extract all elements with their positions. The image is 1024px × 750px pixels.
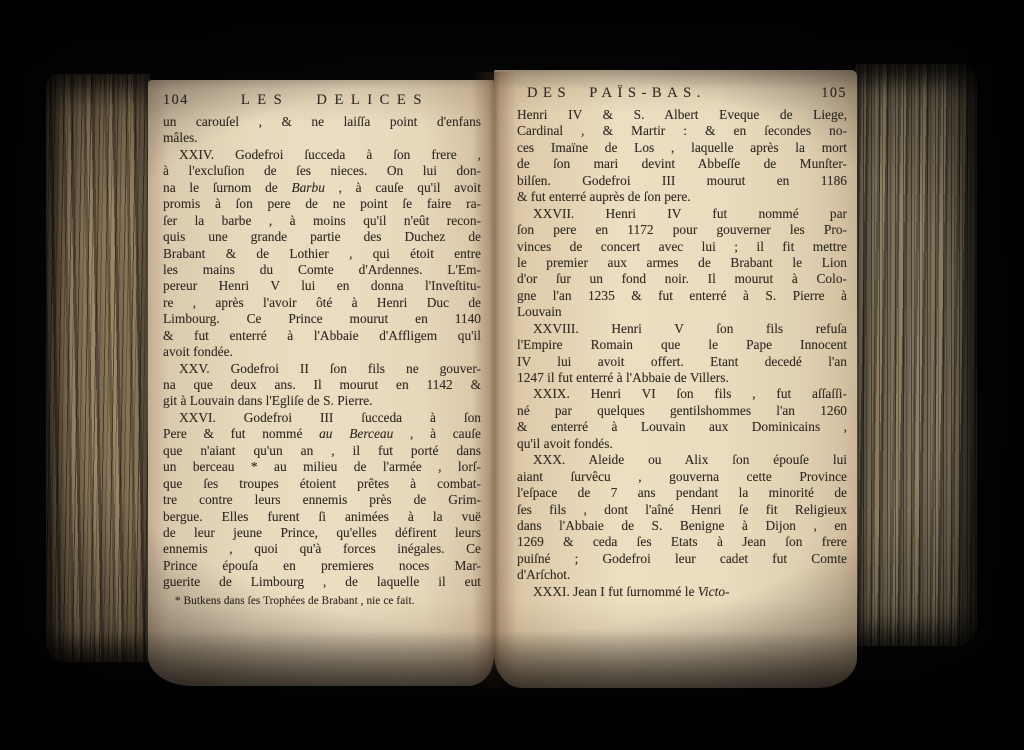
text-line: l'Empire Romain que le Pape Innocent: [517, 337, 847, 353]
text-line: aiant ſurvêcu , gouverna cette Province: [517, 469, 847, 485]
text-line: quis une grande partie des Duchez de: [163, 229, 481, 245]
text-line: XXVI. Godefroi III ſucceda à ſon: [163, 410, 481, 426]
left-text-block: un carouſel , & ne laiſſa point d'enfans…: [163, 114, 481, 591]
text-line: de leur jeune Prince, qu'elles défirent …: [163, 525, 481, 541]
text-line: Henri IV & S. Albert Eveque de Liege,: [517, 107, 847, 123]
fore-edge-left: [46, 74, 150, 662]
text-line: ennemis , quoi qu'à forces inégales. Ce: [163, 541, 481, 557]
text-line: promis à ſon pere de ne point ſe faire r…: [163, 196, 481, 212]
text-line: que n'aiant qu'un an , il fut porté dans: [163, 443, 481, 459]
text-line: XXVIII. Henri V ſon fils refuſa: [517, 321, 847, 337]
text-line: guerite de Limbourg , de laquelle il eut: [163, 574, 481, 590]
text-line: de ſon mari devint Abbeſſe de Munſter-: [517, 156, 847, 172]
fore-edge-right: [855, 64, 977, 646]
text-line: avoit fondée.: [163, 344, 481, 360]
left-page-number: 104: [163, 92, 189, 109]
text-line: Pere & fut nommé au Berceau , à cauſe: [163, 426, 481, 442]
right-page-text: DES PAÏS-BAS. 105 Henri IV & S. Albert E…: [517, 85, 847, 600]
text-line: né par quelques gentilshommes l'an 1260: [517, 403, 847, 419]
text-line: bergue. Elles furent ſi animées à la vuë: [163, 509, 481, 525]
text-line: ſon pere en 1172 pour gouverner les Pro-: [517, 222, 847, 238]
text-line: gne l'an 1235 & fut enterré à S. Pierre …: [517, 288, 847, 304]
left-footnote: * Butkens dans ſes Trophées de Brabant ,…: [163, 595, 481, 607]
text-line: XXXI. Jean I fut ſurnommé le Victo-: [517, 584, 847, 600]
text-line: puiſné ; Godefroi leur cadet fut Comte: [517, 551, 847, 567]
right-running-header: DES PAÏS-BAS. 105: [517, 85, 847, 105]
text-line: d'Arſchot.: [517, 567, 847, 583]
text-line: na que deux ans. Il mourut en 1142 &: [163, 377, 481, 393]
text-line: bilſen. Godefroi III mourut en 1186: [517, 173, 847, 189]
text-line: l'eſpace de 7 ans pendant la minorité de: [517, 485, 847, 501]
text-line: 1269 & ceda ſes Etats à Jean ſon frere: [517, 534, 847, 550]
text-line: & enterré à Louvain aux Dominicains ,: [517, 419, 847, 435]
left-running-header: 104 LES DELICES: [163, 92, 481, 112]
text-line: git à Louvain dans l'Egliſe de S. Pierre…: [163, 393, 481, 409]
text-line: XXIV. Godefroi ſucceda à ſon frere ,: [163, 147, 481, 163]
text-line: pereur Henri V lui en donna l'Inveſtitu-: [163, 278, 481, 294]
text-line: les mains du Comte d'Ardennes. L'Em-: [163, 262, 481, 278]
text-line: Limbourg. Ce Prince mourut en 1140: [163, 311, 481, 327]
text-line: na le ſurnom de Barbu , à cauſe qu'il av…: [163, 180, 481, 196]
right-text-block: Henri IV & S. Albert Eveque de Liege,Car…: [517, 107, 847, 600]
text-line: Brabant & de Lothier , qui étoit entre: [163, 246, 481, 262]
text-line: ces Imaïne de Los , laquelle après la mo…: [517, 140, 847, 156]
text-line: tre contre leurs ennemis près de Grim-: [163, 492, 481, 508]
text-line: re , après l'avoir ôté à Henri Duc de: [163, 295, 481, 311]
right-page-number: 105: [821, 85, 847, 102]
text-line: d'or ſur un fond noir. Il mourut à Colo-: [517, 271, 847, 287]
text-line: XXIX. Henri VI ſon fils , fut aſſaſſi-: [517, 386, 847, 402]
right-running-title: DES PAÏS-BAS.: [517, 85, 821, 102]
text-line: que ſes troupes étoient prêtes à combat-: [163, 476, 481, 492]
text-line: & fut enterré auprès de ſon pere.: [517, 189, 847, 205]
text-line: qu'il avoit fondés.: [517, 436, 847, 452]
text-line: & fut enterré à l'Abbaie d'Affligem qu'i…: [163, 328, 481, 344]
text-line: ſer la barbe , à moins qu'il n'eût recon…: [163, 213, 481, 229]
text-line: un carouſel , & ne laiſſa point d'enfans: [163, 114, 481, 130]
text-line: XXV. Godefroi II ſon fils ne gouver-: [163, 361, 481, 377]
text-line: Louvain: [517, 304, 847, 320]
text-line: IV lui avoit offert. Etant decedé l'an: [517, 354, 847, 370]
book-photograph: 104 LES DELICES un carouſel , & ne laiſſ…: [0, 0, 1024, 750]
text-line: à l'excluſion de ſes nieces. On lui don-: [163, 163, 481, 179]
left-running-title: LES DELICES: [189, 92, 481, 109]
text-line: Prince épouſa en premieres noces Mar-: [163, 558, 481, 574]
text-line: 1247 il fut enterré à l'Abbaie de Viller…: [517, 370, 847, 386]
text-line: XXVII. Henri IV fut nommé par: [517, 206, 847, 222]
text-line: mâles.: [163, 130, 481, 146]
text-line: XXX. Aleide ou Alix ſon épouſe lui: [517, 452, 847, 468]
text-line: Cardinal , & Martir : & en ſecondes no-: [517, 123, 847, 139]
text-line: dans l'Abbaie de S. Benigne à Dijon , en: [517, 518, 847, 534]
text-line: ſes fils , dont l'aîné Henri ſe fit Reli…: [517, 502, 847, 518]
text-line: un berceau * au milieu de l'armée , lorſ…: [163, 459, 481, 475]
text-line: vinces de concert avec lui ; il fit mett…: [517, 239, 847, 255]
text-line: le premier aux armes de Brabant le Lion: [517, 255, 847, 271]
left-page-text: 104 LES DELICES un carouſel , & ne laiſſ…: [163, 92, 481, 607]
